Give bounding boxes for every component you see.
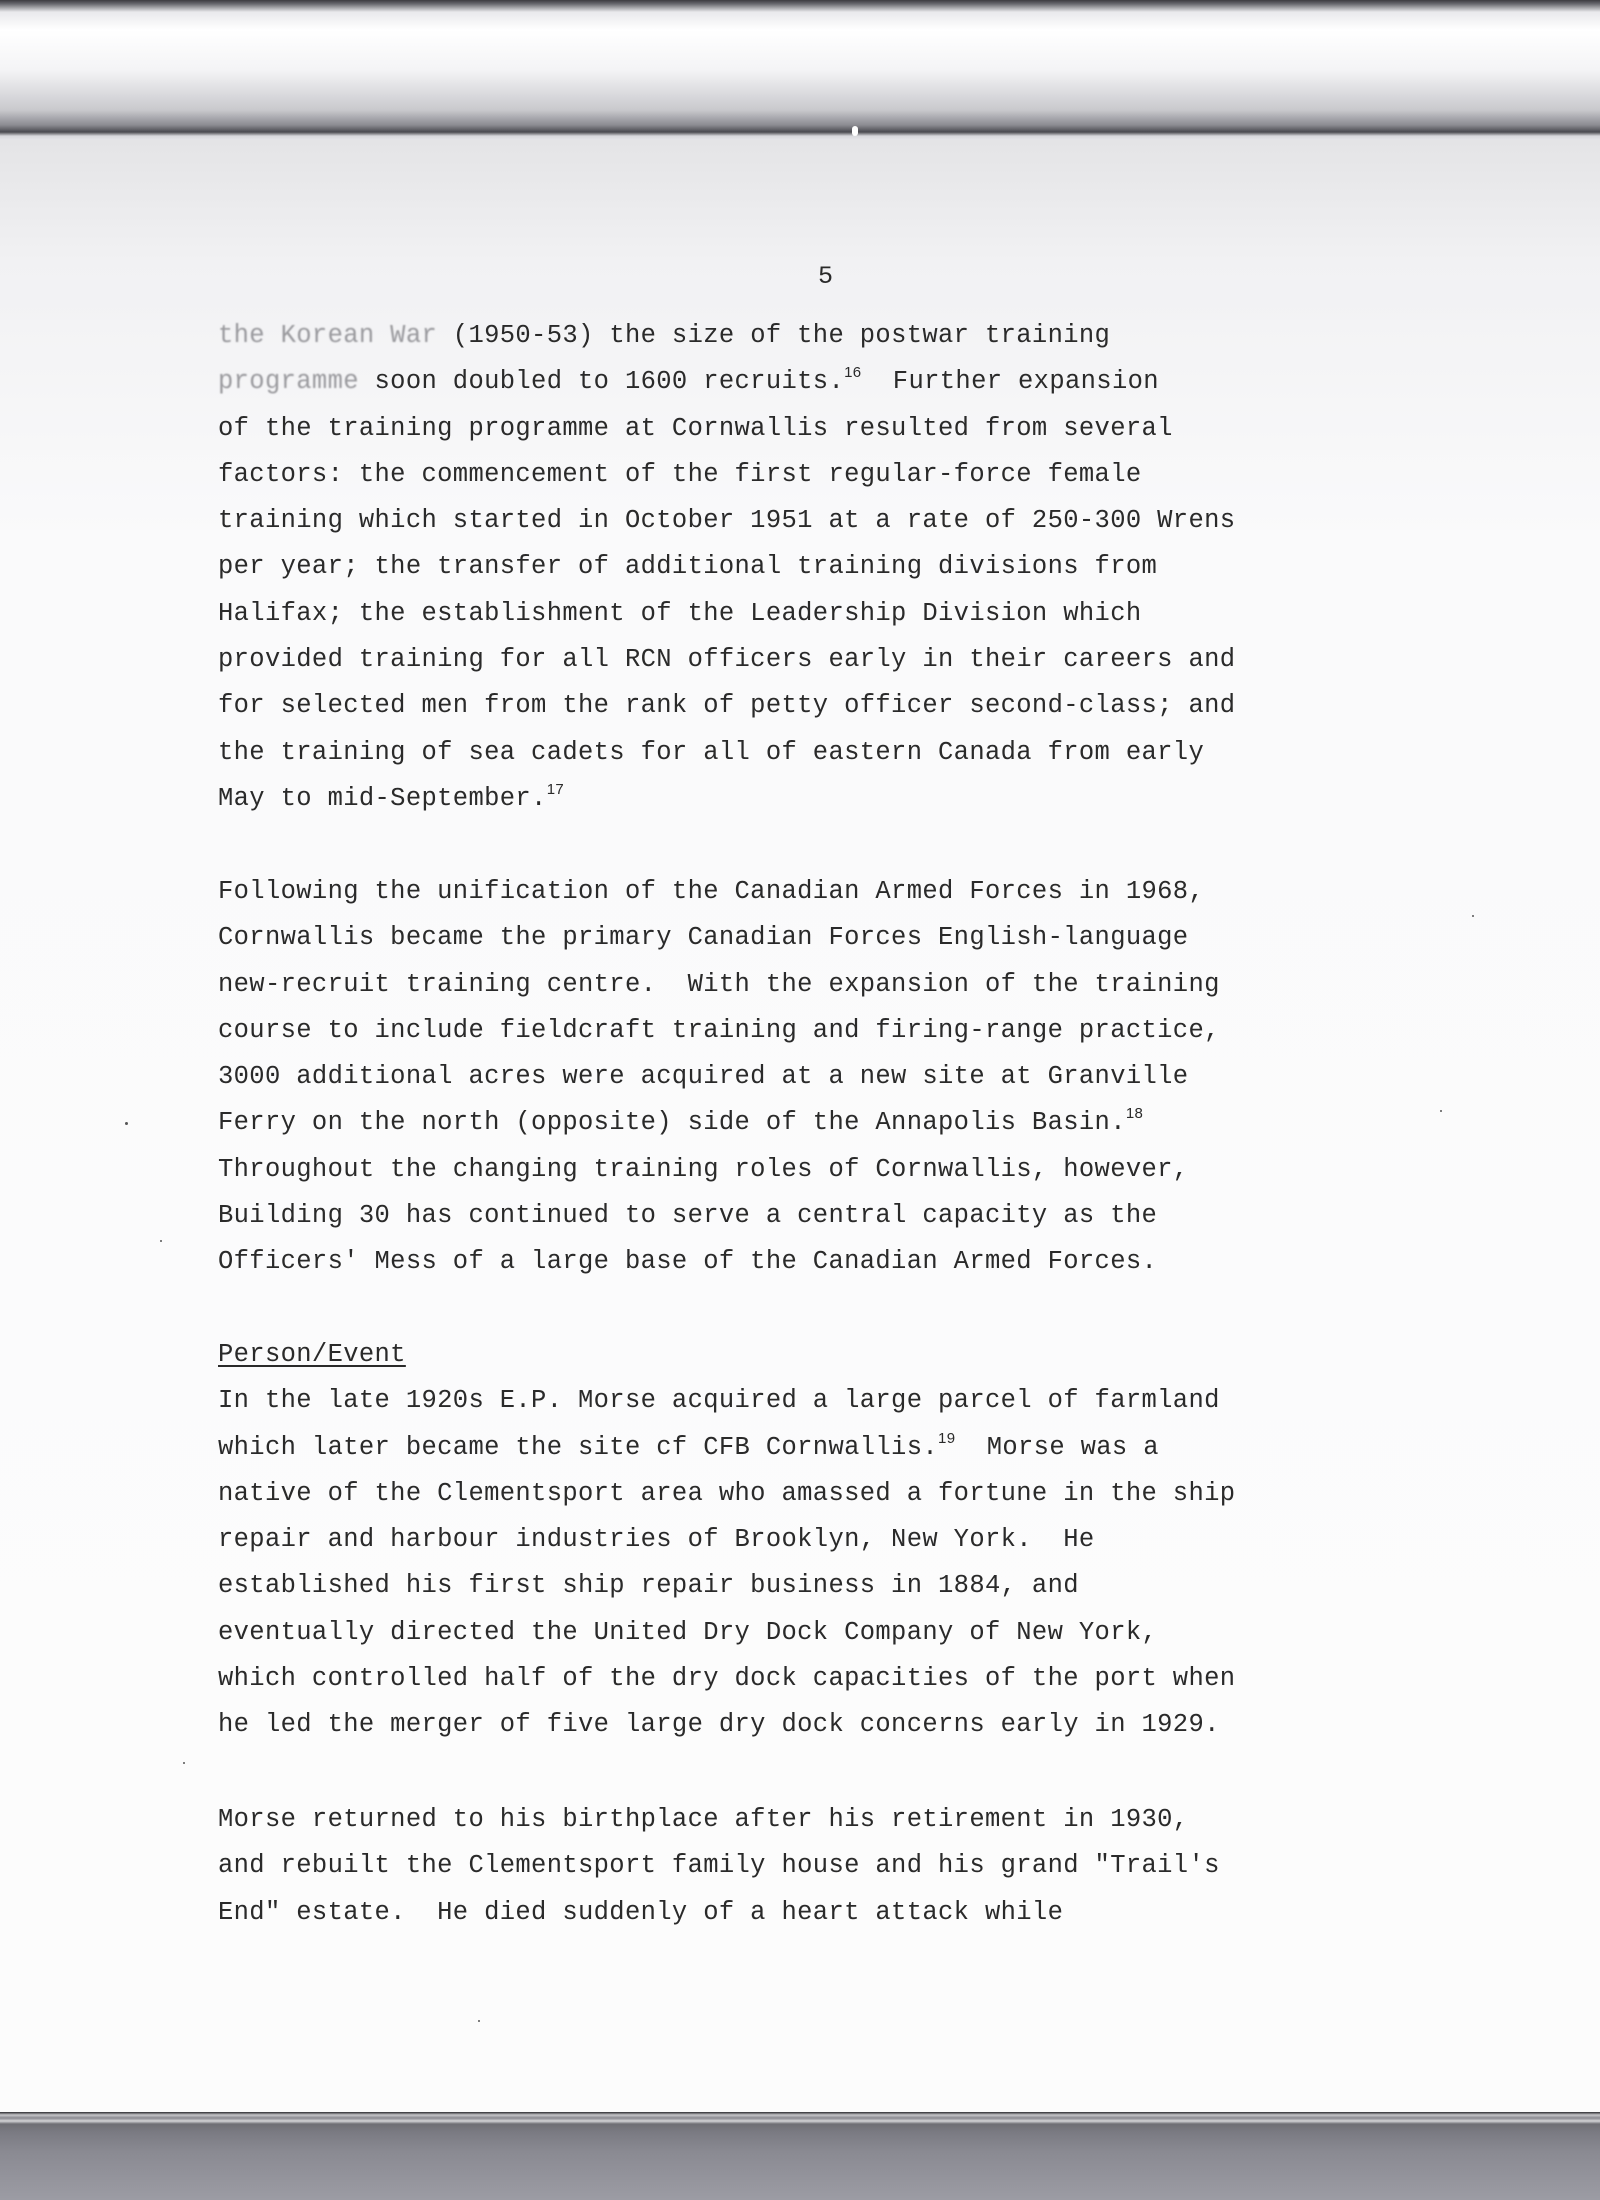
scan-top-fold xyxy=(0,0,1600,140)
text-line: which controlled half of the dry dock ca… xyxy=(218,1656,1518,1702)
line-text: End" estate. He died suddenly of a heart… xyxy=(218,1898,1063,1927)
line-text: In the late 1920s E.P. Morse acquired a … xyxy=(218,1386,1220,1415)
line-text: course to include fieldcraft training an… xyxy=(218,1016,1220,1045)
line-text: provided training for all RCN officers e… xyxy=(218,645,1235,674)
line-text: Building 30 has continued to serve a cen… xyxy=(218,1201,1157,1230)
paragraph-4: Morse returned to his birthplace after h… xyxy=(218,1797,1518,1936)
text-line: and rebuilt the Clementsport family hous… xyxy=(218,1843,1518,1889)
line-text: and rebuilt the Clementsport family hous… xyxy=(218,1851,1220,1880)
line-text: for selected men from the rank of petty … xyxy=(218,691,1235,720)
line-text: factors: the commencement of the first r… xyxy=(218,460,1142,489)
text-line: programme soon doubled to 1600 recruits.… xyxy=(218,359,1518,405)
footnote-reference: 17 xyxy=(547,781,564,798)
text-line: per year; the transfer of additional tra… xyxy=(218,544,1518,590)
scan-speck xyxy=(183,1762,185,1764)
line-text: which controlled half of the dry dock ca… xyxy=(218,1664,1235,1693)
scan-speck xyxy=(1440,1110,1442,1112)
text-line: he led the merger of five large dry dock… xyxy=(218,1702,1518,1748)
text-line: Cornwallis became the primary Canadian F… xyxy=(218,915,1518,961)
line-text: Following the unification of the Canadia… xyxy=(218,877,1204,906)
line-text: he led the merger of five large dry dock… xyxy=(218,1710,1220,1739)
text-line: 3000 additional acres were acquired at a… xyxy=(218,1054,1518,1100)
line-text: Officers' Mess of a large base of the Ca… xyxy=(218,1247,1157,1276)
line-text: Ferry on the north (opposite) side of th… xyxy=(218,1108,1126,1137)
line-text: Cornwallis became the primary Canadian F… xyxy=(218,923,1188,952)
line-text: repair and harbour industries of Brookly… xyxy=(218,1525,1095,1554)
text-line: provided training for all RCN officers e… xyxy=(218,637,1518,683)
text-line: training which started in October 1951 a… xyxy=(218,498,1518,544)
line-text: per year; the transfer of additional tra… xyxy=(218,552,1157,581)
scan-bottom-page-stack xyxy=(0,2112,1600,2200)
line-text-after: Further expansion xyxy=(862,367,1159,396)
text-line: established his first ship repair busine… xyxy=(218,1563,1518,1609)
line-text: training which started in October 1951 a… xyxy=(218,506,1235,535)
text-line: Ferry on the north (opposite) side of th… xyxy=(218,1100,1518,1146)
line-text: established his first ship repair busine… xyxy=(218,1571,1079,1600)
line-text: soon doubled to 1600 recruits. xyxy=(359,367,844,396)
footnote-reference: 19 xyxy=(938,1430,955,1447)
line-text: native of the Clementsport area who amas… xyxy=(218,1479,1235,1508)
scan-speck xyxy=(160,1240,162,1242)
text-line: factors: the commencement of the first r… xyxy=(218,452,1518,498)
line-text-after: Morse was a xyxy=(955,1433,1158,1462)
faded-text: programme xyxy=(218,367,359,396)
text-line: Halifax; the establishment of the Leader… xyxy=(218,591,1518,637)
text-line: Throughout the changing training roles o… xyxy=(218,1147,1518,1193)
text-line: Building 30 has continued to serve a cen… xyxy=(218,1193,1518,1239)
text-line: for selected men from the rank of petty … xyxy=(218,683,1518,729)
line-text: Throughout the changing training roles o… xyxy=(218,1155,1188,1184)
line-text: (1950-53) the size of the postwar traini… xyxy=(437,321,1110,350)
text-line: native of the Clementsport area who amas… xyxy=(218,1471,1518,1517)
line-text: Morse returned to his birthplace after h… xyxy=(218,1805,1188,1834)
line-text: which later became the site cf CFB Cornw… xyxy=(218,1433,938,1462)
text-line: new-recruit training centre. With the ex… xyxy=(218,962,1518,1008)
line-text: new-recruit training centre. With the ex… xyxy=(218,970,1220,999)
scan-staple-mark xyxy=(852,126,858,136)
text-line: eventually directed the United Dry Dock … xyxy=(218,1610,1518,1656)
text-line: Officers' Mess of a large base of the Ca… xyxy=(218,1239,1518,1285)
paragraph-1: the Korean War (1950-53) the size of the… xyxy=(218,313,1518,822)
line-text: of the training programme at Cornwallis … xyxy=(218,414,1173,443)
page-number: 5 xyxy=(818,262,833,291)
scan-speck xyxy=(478,2020,480,2022)
scan-speck xyxy=(125,1122,128,1125)
line-text: eventually directed the United Dry Dock … xyxy=(218,1618,1157,1647)
text-line: which later became the site cf CFB Cornw… xyxy=(218,1425,1518,1471)
text-line: Morse returned to his birthplace after h… xyxy=(218,1797,1518,1843)
text-line: course to include fieldcraft training an… xyxy=(218,1008,1518,1054)
text-line: the training of sea cadets for all of ea… xyxy=(218,730,1518,776)
line-text: Halifax; the establishment of the Leader… xyxy=(218,599,1142,628)
text-line: Following the unification of the Canadia… xyxy=(218,869,1518,915)
text-line: May to mid-September.17 xyxy=(218,776,1518,822)
faded-text: the Korean War xyxy=(218,321,437,350)
text-line: In the late 1920s E.P. Morse acquired a … xyxy=(218,1378,1518,1424)
paragraph-person-event: Person/EventIn the late 1920s E.P. Morse… xyxy=(218,1332,1518,1749)
line-text: the training of sea cadets for all of ea… xyxy=(218,738,1204,767)
paragraph-2: Following the unification of the Canadia… xyxy=(218,869,1518,1286)
text-line: repair and harbour industries of Brookly… xyxy=(218,1517,1518,1563)
line-text: May to mid-September. xyxy=(218,784,547,813)
text-line: the Korean War (1950-53) the size of the… xyxy=(218,313,1518,359)
line-text: 3000 additional acres were acquired at a… xyxy=(218,1062,1188,1091)
footnote-reference: 18 xyxy=(1126,1105,1143,1122)
text-line: End" estate. He died suddenly of a heart… xyxy=(218,1890,1518,1936)
footnote-reference: 16 xyxy=(844,364,861,381)
scan-speck xyxy=(1472,915,1474,917)
section-heading: Person/Event xyxy=(218,1340,406,1369)
text-line: of the training programme at Cornwallis … xyxy=(218,406,1518,452)
